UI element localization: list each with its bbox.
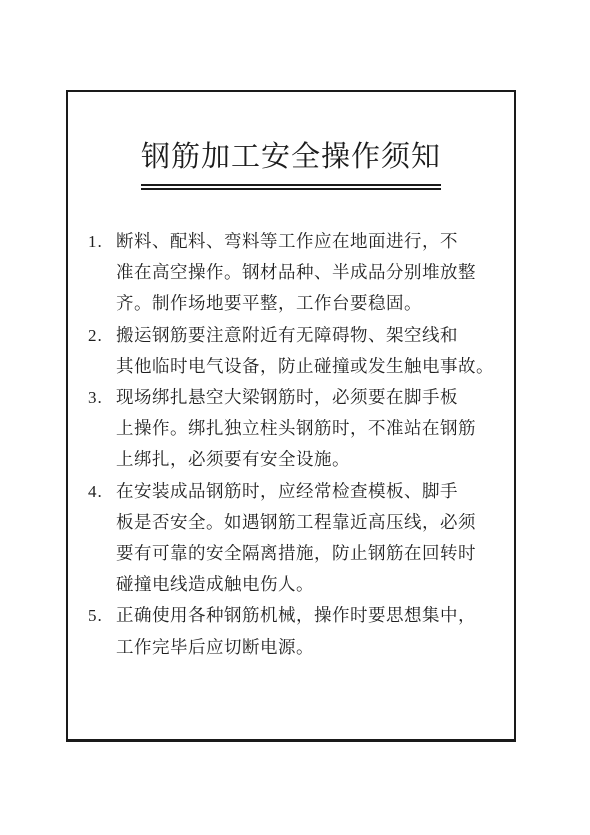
page-title: 钢筋加工安全操作须知 bbox=[141, 137, 441, 177]
item-line: 其他临时电气设备，防止碰撞或发生触电事故。 bbox=[116, 351, 494, 382]
title-double-rule bbox=[141, 184, 441, 190]
notice-list: 1. 断料、配料、弯料等工作应在地面进行，不 准在高空操作。钢材品种、半成品分别… bbox=[88, 226, 494, 663]
item-line: 板是否安全。如遇钢筋工程靠近高压线，必须 bbox=[116, 507, 494, 538]
item-text: 现场绑扎悬空大梁钢筋时，必须要在脚手板 上操作。绑扎独立柱头钢筋时，不准站在钢筋… bbox=[116, 382, 494, 476]
item-line: 碰撞电线造成触电伤人。 bbox=[116, 569, 494, 600]
item-text: 正确使用各种钢筋机械，操作时要思想集中， 工作完毕后应切断电源。 bbox=[116, 600, 494, 662]
item-line: 上操作。绑扎独立柱头钢筋时，不准站在钢筋 bbox=[116, 413, 494, 444]
item-line: 工作完毕后应切断电源。 bbox=[116, 632, 494, 663]
item-line: 断料、配料、弯料等工作应在地面进行，不 bbox=[116, 226, 494, 257]
list-item: 2. 搬运钢筋要注意附近有无障碍物、架空线和 其他临时电气设备，防止碰撞或发生触… bbox=[88, 320, 494, 382]
list-item: 4. 在安装成品钢筋时，应经常检查模板、脚手 板是否安全。如遇钢筋工程靠近高压线… bbox=[88, 476, 494, 601]
item-number: 2. bbox=[88, 320, 116, 351]
item-line: 齐。制作场地要平整，工作台要稳固。 bbox=[116, 288, 494, 319]
item-line: 搬运钢筋要注意附近有无障碍物、架空线和 bbox=[116, 320, 494, 351]
title-inner: 钢筋加工安全操作须知 bbox=[141, 137, 441, 190]
list-item: 3. 现场绑扎悬空大梁钢筋时，必须要在脚手板 上操作。绑扎独立柱头钢筋时，不准站… bbox=[88, 382, 494, 476]
item-number: 1. bbox=[88, 226, 116, 257]
list-item: 1. 断料、配料、弯料等工作应在地面进行，不 准在高空操作。钢材品种、半成品分别… bbox=[88, 226, 494, 320]
list-item: 5. 正确使用各种钢筋机械，操作时要思想集中， 工作完毕后应切断电源。 bbox=[88, 600, 494, 662]
item-text: 搬运钢筋要注意附近有无障碍物、架空线和 其他临时电气设备，防止碰撞或发生触电事故… bbox=[116, 320, 494, 382]
item-line: 正确使用各种钢筋机械，操作时要思想集中， bbox=[116, 600, 494, 631]
document-page: 钢筋加工安全操作须知 1. 断料、配料、弯料等工作应在地面进行，不 准在高空操作… bbox=[0, 0, 590, 835]
item-line: 现场绑扎悬空大梁钢筋时，必须要在脚手板 bbox=[116, 382, 494, 413]
title-block: 钢筋加工安全操作须知 bbox=[88, 137, 494, 190]
item-text: 在安装成品钢筋时，应经常检查模板、脚手 板是否安全。如遇钢筋工程靠近高压线，必须… bbox=[116, 476, 494, 601]
item-line: 准在高空操作。钢材品种、半成品分别堆放整 bbox=[116, 257, 494, 288]
document-frame: 钢筋加工安全操作须知 1. 断料、配料、弯料等工作应在地面进行，不 准在高空操作… bbox=[66, 90, 516, 742]
item-text: 断料、配料、弯料等工作应在地面进行，不 准在高空操作。钢材品种、半成品分别堆放整… bbox=[116, 226, 494, 320]
item-line: 要有可靠的安全隔离措施，防止钢筋在回转时 bbox=[116, 538, 494, 569]
item-line: 在安装成品钢筋时，应经常检查模板、脚手 bbox=[116, 476, 494, 507]
item-line: 上绑扎，必须要有安全设施。 bbox=[116, 444, 494, 475]
item-number: 4. bbox=[88, 476, 116, 507]
item-number: 5. bbox=[88, 600, 116, 631]
item-number: 3. bbox=[88, 382, 116, 413]
